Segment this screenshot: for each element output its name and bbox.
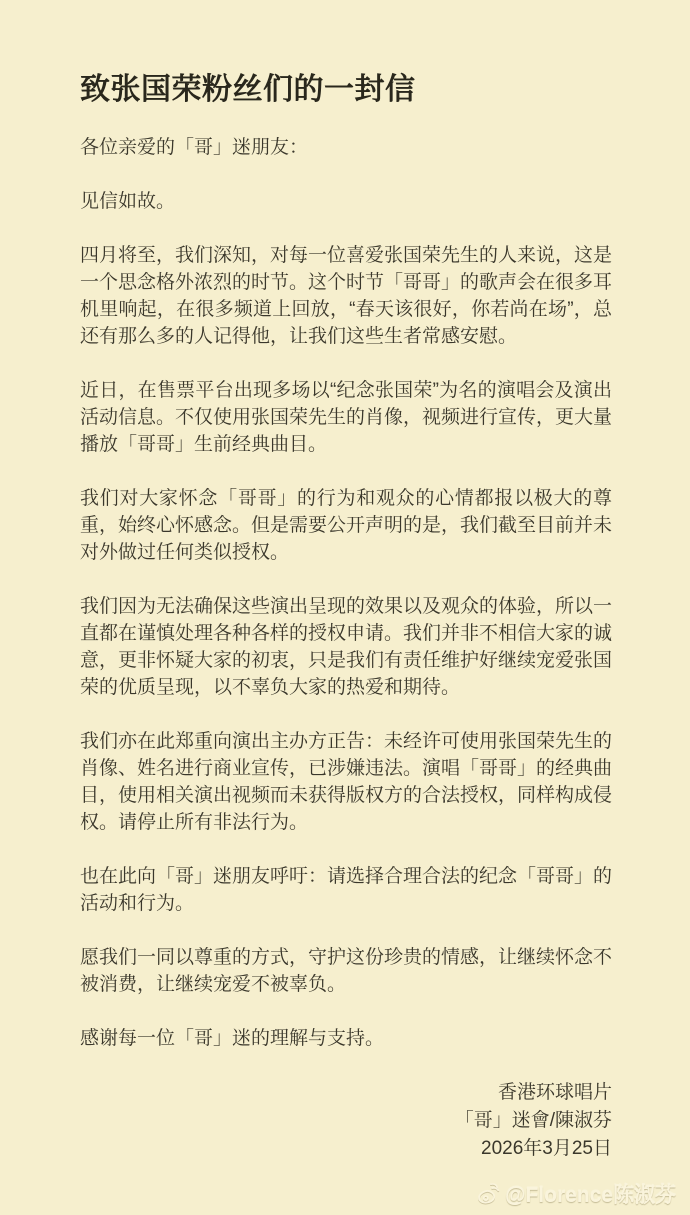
paragraph-6: 也在此向「哥」迷朋友呼吁：请选择合理合法的纪念「哥哥」的活动和行为。 xyxy=(80,863,612,917)
watermark: @Florence陈淑芬 xyxy=(477,1179,676,1209)
weibo-icon xyxy=(477,1183,501,1205)
paragraph-3: 我们对大家怀念「哥哥」的行为和观众的心情都报以极大的尊重，始终心怀感念。但是需要… xyxy=(80,485,612,566)
letter-body: 致张国荣粉丝们的一封信 各位亲爱的「哥」迷朋友： 见信如故。 四月将至，我们深知… xyxy=(0,0,690,1163)
paragraph-5: 我们亦在此郑重向演出主办方正告：未经许可使用张国荣先生的肖像、姓名进行商业宣传，… xyxy=(80,728,612,836)
paragraph-4: 我们因为无法确保这些演出呈现的效果以及观众的体验，所以一直都在谨慎处理各种各样的… xyxy=(80,593,612,701)
signature-date: 2026年3月25日 xyxy=(80,1135,612,1163)
watermark-text: @Florence陈淑芬 xyxy=(505,1179,676,1209)
page-title: 致张国荣粉丝们的一封信 xyxy=(80,72,612,108)
opening-line: 见信如故。 xyxy=(80,188,612,215)
signature-fanclub: 「哥」迷會/陳淑芬 xyxy=(80,1107,612,1135)
signature-block: 香港环球唱片 「哥」迷會/陳淑芬 2026年3月25日 xyxy=(80,1079,612,1163)
paragraph-2: 近日，在售票平台出现多场以“纪念张国荣”为名的演唱会及演出活动信息。不仅使用张国… xyxy=(80,377,612,458)
signature-company: 香港环球唱片 xyxy=(80,1079,612,1107)
paragraph-1: 四月将至，我们深知，对每一位喜爱张国荣先生的人来说，这是一个思念格外浓烈的时节。… xyxy=(80,242,612,350)
paragraph-8: 感谢每一位「哥」迷的理解与支持。 xyxy=(80,1025,612,1052)
salutation: 各位亲爱的「哥」迷朋友： xyxy=(80,134,612,161)
paragraph-7: 愿我们一同以尊重的方式，守护这份珍贵的情感，让继续怀念不被消费，让继续宠爱不被辜… xyxy=(80,944,612,998)
